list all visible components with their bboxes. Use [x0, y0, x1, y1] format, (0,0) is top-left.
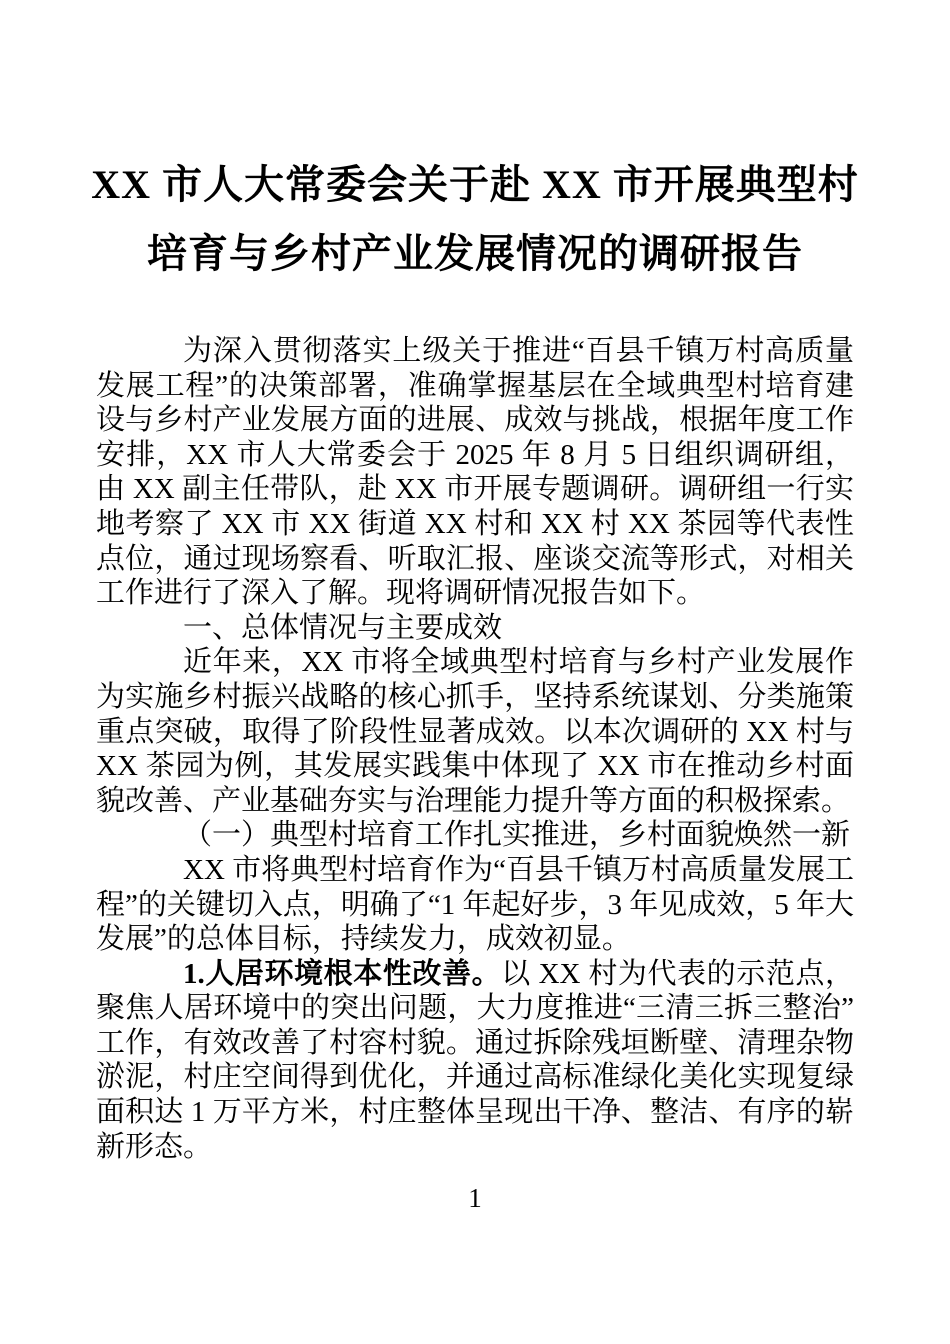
paragraph-environment: 1.人居环境根本性改善。以 XX 村为代表的示范点，聚焦人居环境中的突出问题，大…	[96, 957, 854, 1165]
title-line-2: 培育与乡村产业发展情况的调研报告	[0, 219, 950, 288]
title-line-1: XX 市人大常委会关于赴 XX 市开展典型村	[0, 150, 950, 219]
paragraph-intro: 为深入贯彻落实上级关于推进“百县千镇万村高质量发展工程”的决策部署，准确掌握基层…	[96, 334, 854, 611]
subsection-1-1-heading: （一）典型村培育工作扎实推进，乡村面貌焕然一新	[96, 818, 854, 853]
document-title: XX 市人大常委会关于赴 XX 市开展典型村 培育与乡村产业发展情况的调研报告	[0, 0, 950, 288]
paragraph-goals: XX 市将典型村培育作为“百县千镇万村高质量发展工程”的关键切入点，明确了“1 …	[96, 853, 854, 957]
document-page: XX 市人大常委会关于赴 XX 市开展典型村 培育与乡村产业发展情况的调研报告 …	[0, 0, 950, 1344]
environment-lead-bold: 1.人居环境根本性改善。	[183, 958, 501, 990]
document-body: 为深入贯彻落实上级关于推进“百县千镇万村高质量发展工程”的决策部署，准确掌握基层…	[96, 334, 854, 1164]
section-1-heading: 一、总体情况与主要成效	[96, 611, 854, 646]
page-number: 1	[0, 1182, 950, 1214]
paragraph-overview: 近年来，XX 市将全域典型村培育与乡村产业发展作为实施乡村振兴战略的核心抓手，坚…	[96, 645, 854, 818]
